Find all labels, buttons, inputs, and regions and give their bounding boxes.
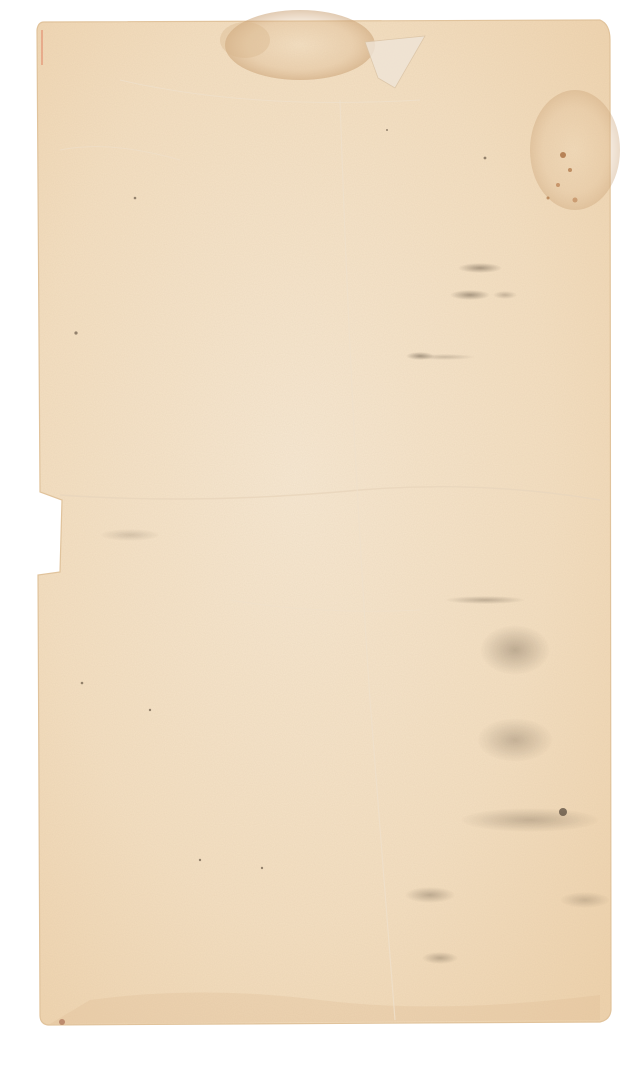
- aged-paper-image: [0, 0, 644, 1070]
- paper-sheet: [0, 0, 644, 1070]
